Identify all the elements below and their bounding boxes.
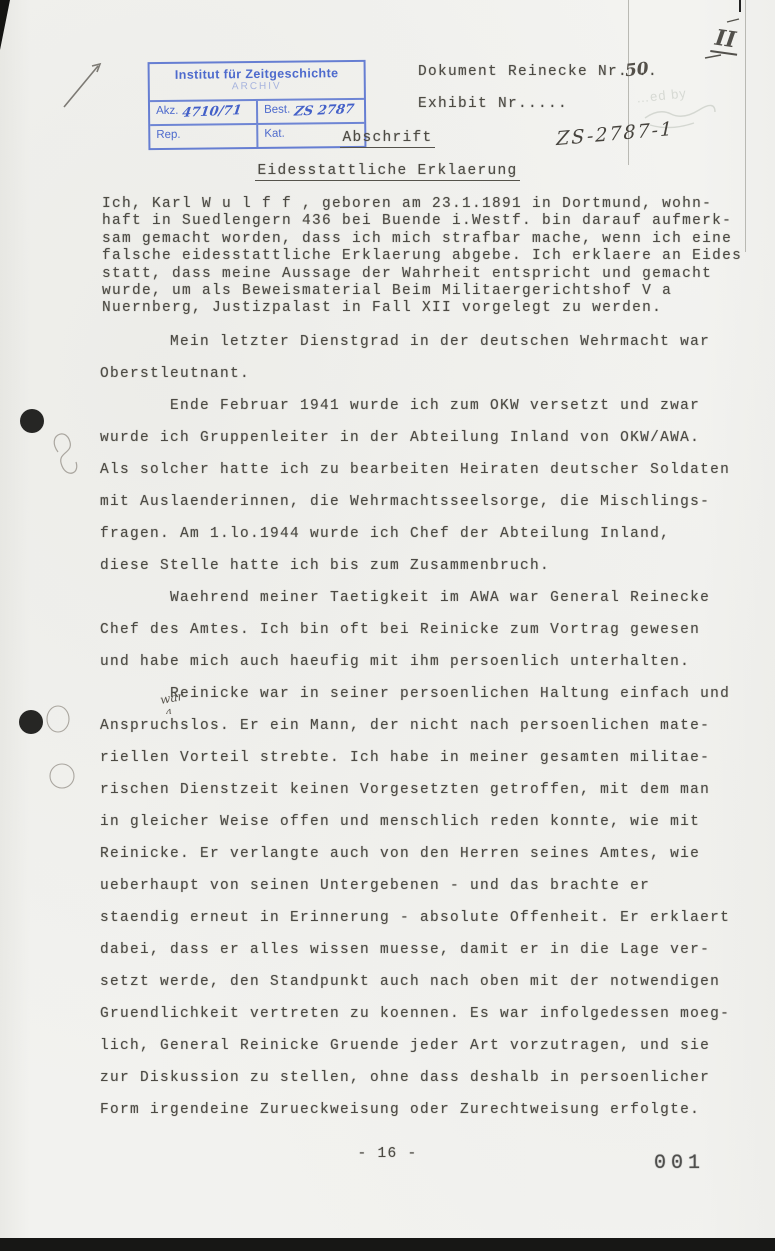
document-number-line: Dokument Reinecke Nr.... xyxy=(418,64,658,80)
typewritten-line: Nuernberg, Justizpalast in Fall XII vorg… xyxy=(102,300,742,317)
document-title-affidavit: Eidesstattliche Erklaerung xyxy=(0,163,775,181)
typewritten-line: Form irgendeine Zurueckweisung oder Zure… xyxy=(100,1094,730,1126)
stamp-akz-label: Akz. xyxy=(156,105,179,124)
typewritten-line: wurde, um als Beweismaterial Beim Milita… xyxy=(102,283,742,300)
faint-received-stamp: …ed by xyxy=(635,85,687,105)
typewritten-line: fragen. Am 1.lo.1944 wurde ich Chef der … xyxy=(100,518,730,550)
typewritten-line: wurde ich Gruppenleiter in der Abteilung… xyxy=(100,422,730,454)
typewritten-line: ueberhaupt von seinen Untergebenen - und… xyxy=(100,870,730,902)
paper-crease-line xyxy=(745,0,746,252)
typewritten-line: falsche eidesstattliche Erklaerung abgeb… xyxy=(102,248,742,265)
typewritten-line: dabei, dass er alles wissen muesse, dami… xyxy=(100,934,730,966)
typewritten-line: Ich, Karl W u l f f , geboren am 23.1.18… xyxy=(102,196,742,213)
stamp-best-value-handwritten: ZS 2787 xyxy=(293,102,355,124)
handwritten-document-number: 50 xyxy=(624,59,650,81)
affidavit-body-text: Mein letzter Dienstgrad in der deutschen… xyxy=(100,326,730,1126)
punch-hole xyxy=(20,409,44,433)
exhibit-number-line: Exhibit Nr..... xyxy=(418,96,568,112)
typewritten-line: lich, General Reinicke Gruende jeder Art… xyxy=(100,1030,730,1062)
typewritten-line: statt, dass meine Aussage der Wahrheit e… xyxy=(102,266,742,283)
typewritten-line: Anspruchslos. Er ein Mann, der nicht nac… xyxy=(100,710,730,742)
scanned-document-page: II Institut für Zeitgeschichte ARCHIV Ak… xyxy=(0,0,775,1251)
handwritten-page-numeral: II xyxy=(710,24,740,55)
typewritten-line: Reinicke. Er verlangte auch von den Herr… xyxy=(100,838,730,870)
typewritten-line: Waehrend meiner Taetigkeit im AWA war Ge… xyxy=(100,582,730,614)
typewritten-line: staendig erneut in Erinnerung - absolute… xyxy=(100,902,730,934)
typewritten-line: sam gemacht worden, dass ich mich strafb… xyxy=(102,231,742,248)
stamp-institution-subline: ARCHIV xyxy=(150,80,364,93)
punch-hole xyxy=(19,710,43,734)
typewritten-line: setzt werde, den Standpunkt auch nach ob… xyxy=(100,966,730,998)
stamp-institution-name: Institut für Zeitgeschichte xyxy=(150,62,364,82)
pencil-circle-mark xyxy=(50,764,74,788)
insertion-caret-mark: ʌ xyxy=(165,706,172,717)
typewritten-line: und habe mich auch haeufig mit ihm perso… xyxy=(100,646,730,678)
typewritten-line: Oberstleutnant. xyxy=(100,358,730,390)
typewritten-line: mit Auslaenderinnen, die Wehrmachtsseels… xyxy=(100,486,730,518)
typewritten-line: Gruendlichkeit vertreten zu koennen. Es … xyxy=(100,998,730,1030)
pencil-loop-mark xyxy=(54,434,77,473)
scan-corner-shadow xyxy=(0,0,10,50)
typewritten-line: Ende Februar 1941 wurde ich zum OKW vers… xyxy=(100,390,730,422)
typewritten-line: diese Stelle hatte ich bis zum Zusammenb… xyxy=(100,550,730,582)
folio-stamp-number: 001 xyxy=(654,1152,705,1175)
typewritten-line: zur Diskussion zu stellen, ohne dass des… xyxy=(100,1062,730,1094)
typewritten-line: riellen Vorteil strebte. Ich habe in mei… xyxy=(100,742,730,774)
stamp-best-label: Best. xyxy=(264,104,290,123)
pencil-check-stroke xyxy=(64,64,100,107)
typewritten-line: Mein letzter Dienstgrad in der deutschen… xyxy=(100,326,730,358)
typewritten-line: Chef des Amtes. Ich bin oft bei Reinicke… xyxy=(100,614,730,646)
scan-edge-mark xyxy=(739,0,741,12)
scan-bottom-edge xyxy=(0,1238,775,1251)
typewritten-line: rischen Dienstzeit keinen Vorgesetzten g… xyxy=(100,774,730,806)
document-title-abschrift: Abschrift xyxy=(0,130,775,148)
affidavit-intro-paragraph: Ich, Karl W u l f f , geboren am 23.1.18… xyxy=(102,196,742,318)
typewritten-line: Als solcher hatte ich zu bearbeiten Heir… xyxy=(100,454,730,486)
stamp-akz-value-handwritten: 4710/71 xyxy=(181,103,243,125)
typewritten-line: Reinicke war in seiner persoenlichen Hal… xyxy=(100,678,730,710)
pencil-circle-mark xyxy=(47,706,69,732)
typewritten-line: haft in Suedlengern 436 bei Buende i.Wes… xyxy=(102,213,742,230)
typewritten-line: in gleicher Weise offen und menschlich r… xyxy=(100,806,730,838)
